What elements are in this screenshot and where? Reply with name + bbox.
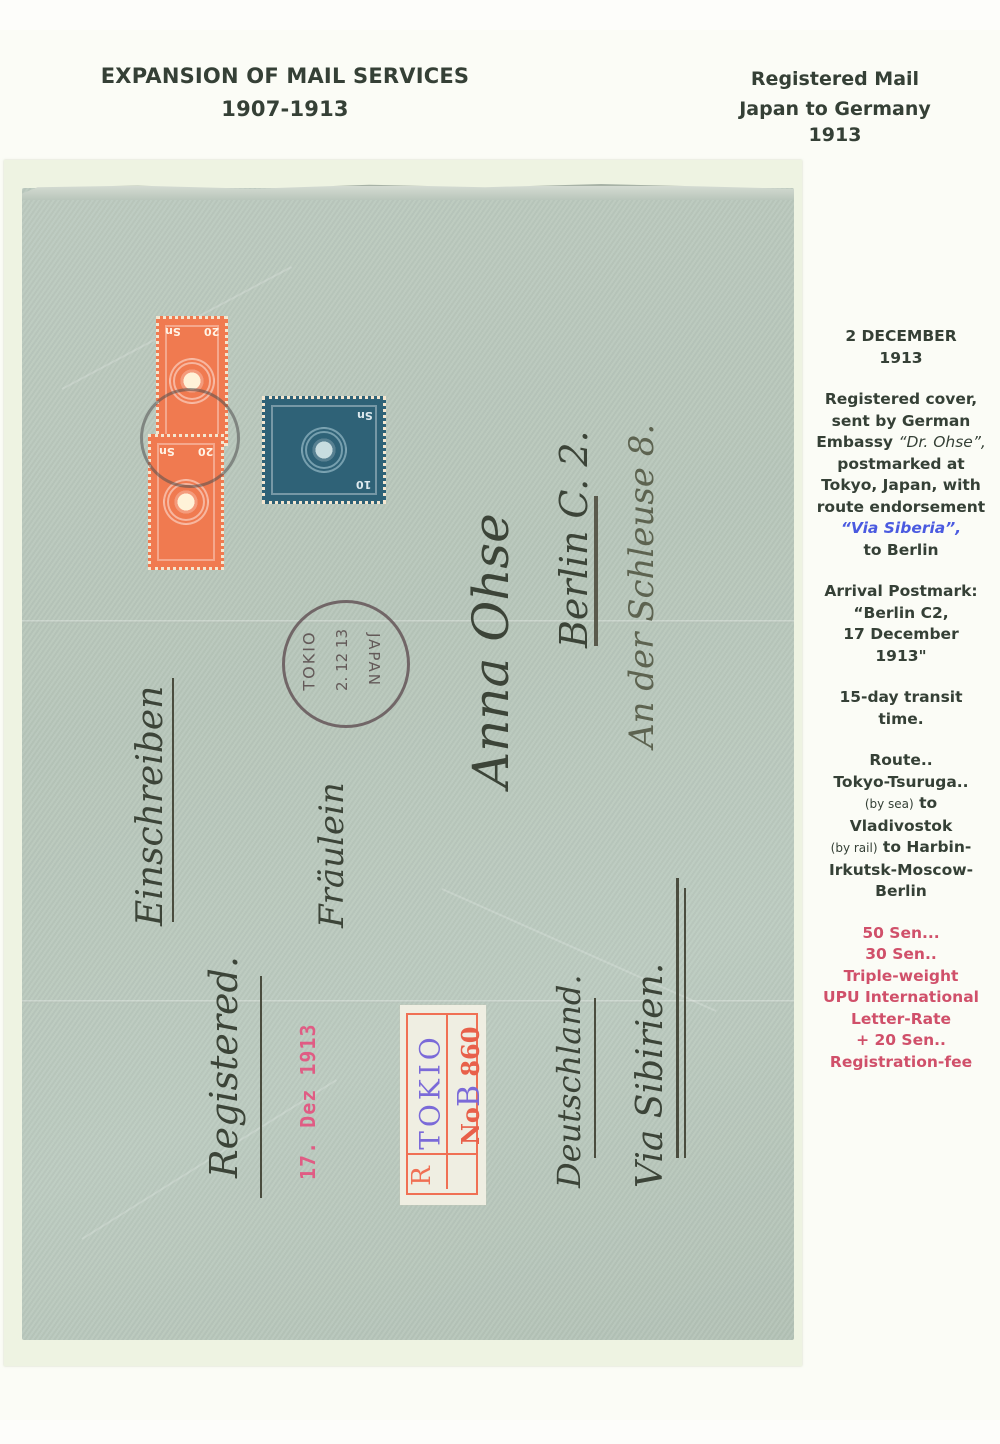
handwriting-registered: Registered.	[202, 956, 246, 1178]
stamp-unit: Sn	[165, 325, 181, 338]
arrival-text: 1913"	[875, 647, 926, 665]
note-transit: 15-day transit time.	[816, 687, 986, 730]
route-leg: Berlin	[875, 882, 927, 900]
note-description: Registered cover, sent by German Embassy…	[816, 389, 986, 561]
number-prefix: No	[456, 1107, 485, 1145]
route-mode: (by sea)	[865, 797, 914, 811]
stamp-value: 10	[356, 478, 371, 491]
handwriting-route: Via Sibirien.	[630, 963, 671, 1188]
rate-line: Letter-Rate	[851, 1010, 951, 1028]
arrival-date-stamp: 17. Dez 1913	[296, 1024, 320, 1181]
underline	[594, 998, 596, 1158]
double-underline	[676, 878, 679, 1158]
postmark-country: JAPAN	[365, 633, 383, 687]
note-arrival: Arrival Postmark: “Berlin C2, 17 Decembe…	[816, 581, 986, 667]
note-date: 2 DECEMBER 1913	[816, 326, 986, 369]
route-leg: Tokyo-Tsuruga..	[833, 773, 968, 791]
handwriting-fraeulein: Fräulein	[312, 782, 352, 928]
tokio-postmark: TOKIO 2. 12 13 JAPAN	[282, 600, 410, 728]
exhibit-years: 1907-1913	[60, 93, 510, 126]
page-title-line1: Registered Mail	[720, 64, 950, 94]
route-to: to Harbin-	[878, 838, 972, 856]
stamp-value: 20	[204, 325, 219, 338]
torn-top-edge	[22, 184, 794, 200]
handwriting-country: Deutschland.	[550, 974, 588, 1188]
exhibit-notes: 2 DECEMBER 1913 Registered cover, sent b…	[816, 326, 986, 1093]
stamp-10-sen: Sn 10	[262, 396, 386, 504]
rate-line: Triple-weight	[844, 967, 959, 985]
postmark-city: TOKIO	[300, 630, 319, 690]
number-series: B	[452, 1085, 487, 1107]
route-to: to	[914, 794, 937, 812]
underline	[594, 496, 598, 646]
note-date-year: 1913	[879, 349, 922, 367]
origin-postmark-on-stamps	[140, 388, 240, 488]
rate-line: 30 Sen..	[865, 945, 936, 963]
rate-line: + 20 Sen..	[856, 1031, 946, 1049]
arrival-label: Arrival Postmark:	[824, 582, 977, 600]
registration-number: NoB 860	[452, 1025, 487, 1145]
fold-line	[22, 620, 794, 623]
underline	[172, 678, 174, 922]
route-leg: Vladivostok	[850, 817, 953, 835]
handwriting-street: An der Schleuse 8.	[622, 424, 662, 748]
underline	[260, 976, 262, 1198]
registration-r-mark: R	[407, 1166, 437, 1186]
rate-line: 50 Sen...	[862, 924, 939, 942]
route-endorsement: “Via Siberia”,	[841, 519, 961, 537]
route-label: Route..	[869, 751, 932, 769]
stamp-unit: Sn	[357, 409, 373, 422]
exhibit-title-text: EXPANSION OF MAIL SERVICES	[60, 60, 510, 93]
description-text: postmarked at Tokyo, Japan, with route e…	[817, 455, 985, 516]
double-underline	[684, 888, 686, 1158]
rate-line: Registration-fee	[830, 1053, 972, 1071]
note-postage-rate: 50 Sen... 30 Sen.. Triple-weight UPU Int…	[816, 923, 986, 1074]
handwriting-einschreiben: Einschreiben	[130, 686, 171, 926]
description-text: to Berlin	[863, 541, 938, 559]
route-leg: Irkutsk-Moscow-	[829, 861, 973, 879]
registration-office: TOKIO	[414, 1032, 447, 1152]
chrysanthemum-icon	[301, 427, 347, 473]
page-title: Registered Mail Japan to Germany 1913	[720, 64, 950, 150]
number-value: 860	[456, 1027, 485, 1077]
note-date-day: 2 DECEMBER	[845, 327, 956, 345]
note-route: Route.. Tokyo-Tsuruga.. (by sea) to Vlad…	[816, 750, 986, 903]
arrival-text: 17 December	[843, 625, 958, 643]
route-mode: (by rail)	[831, 841, 878, 855]
page-title-year: 1913	[720, 120, 950, 150]
exhibit-title: EXPANSION OF MAIL SERVICES 1907-1913	[60, 60, 510, 126]
handwriting-city: Berlin C. 2.	[552, 430, 596, 648]
label-divider	[406, 1153, 478, 1155]
handwriting-recipient-name: Anna Ohse	[462, 513, 520, 788]
postmark-date: 2. 12 13	[333, 629, 351, 691]
sender-name: “Dr. Ohse”,	[898, 433, 985, 451]
arrival-text: “Berlin C2,	[853, 604, 948, 622]
registration-label: R TOKIO NoB 860	[400, 1005, 486, 1205]
rate-line: UPU International	[823, 988, 979, 1006]
